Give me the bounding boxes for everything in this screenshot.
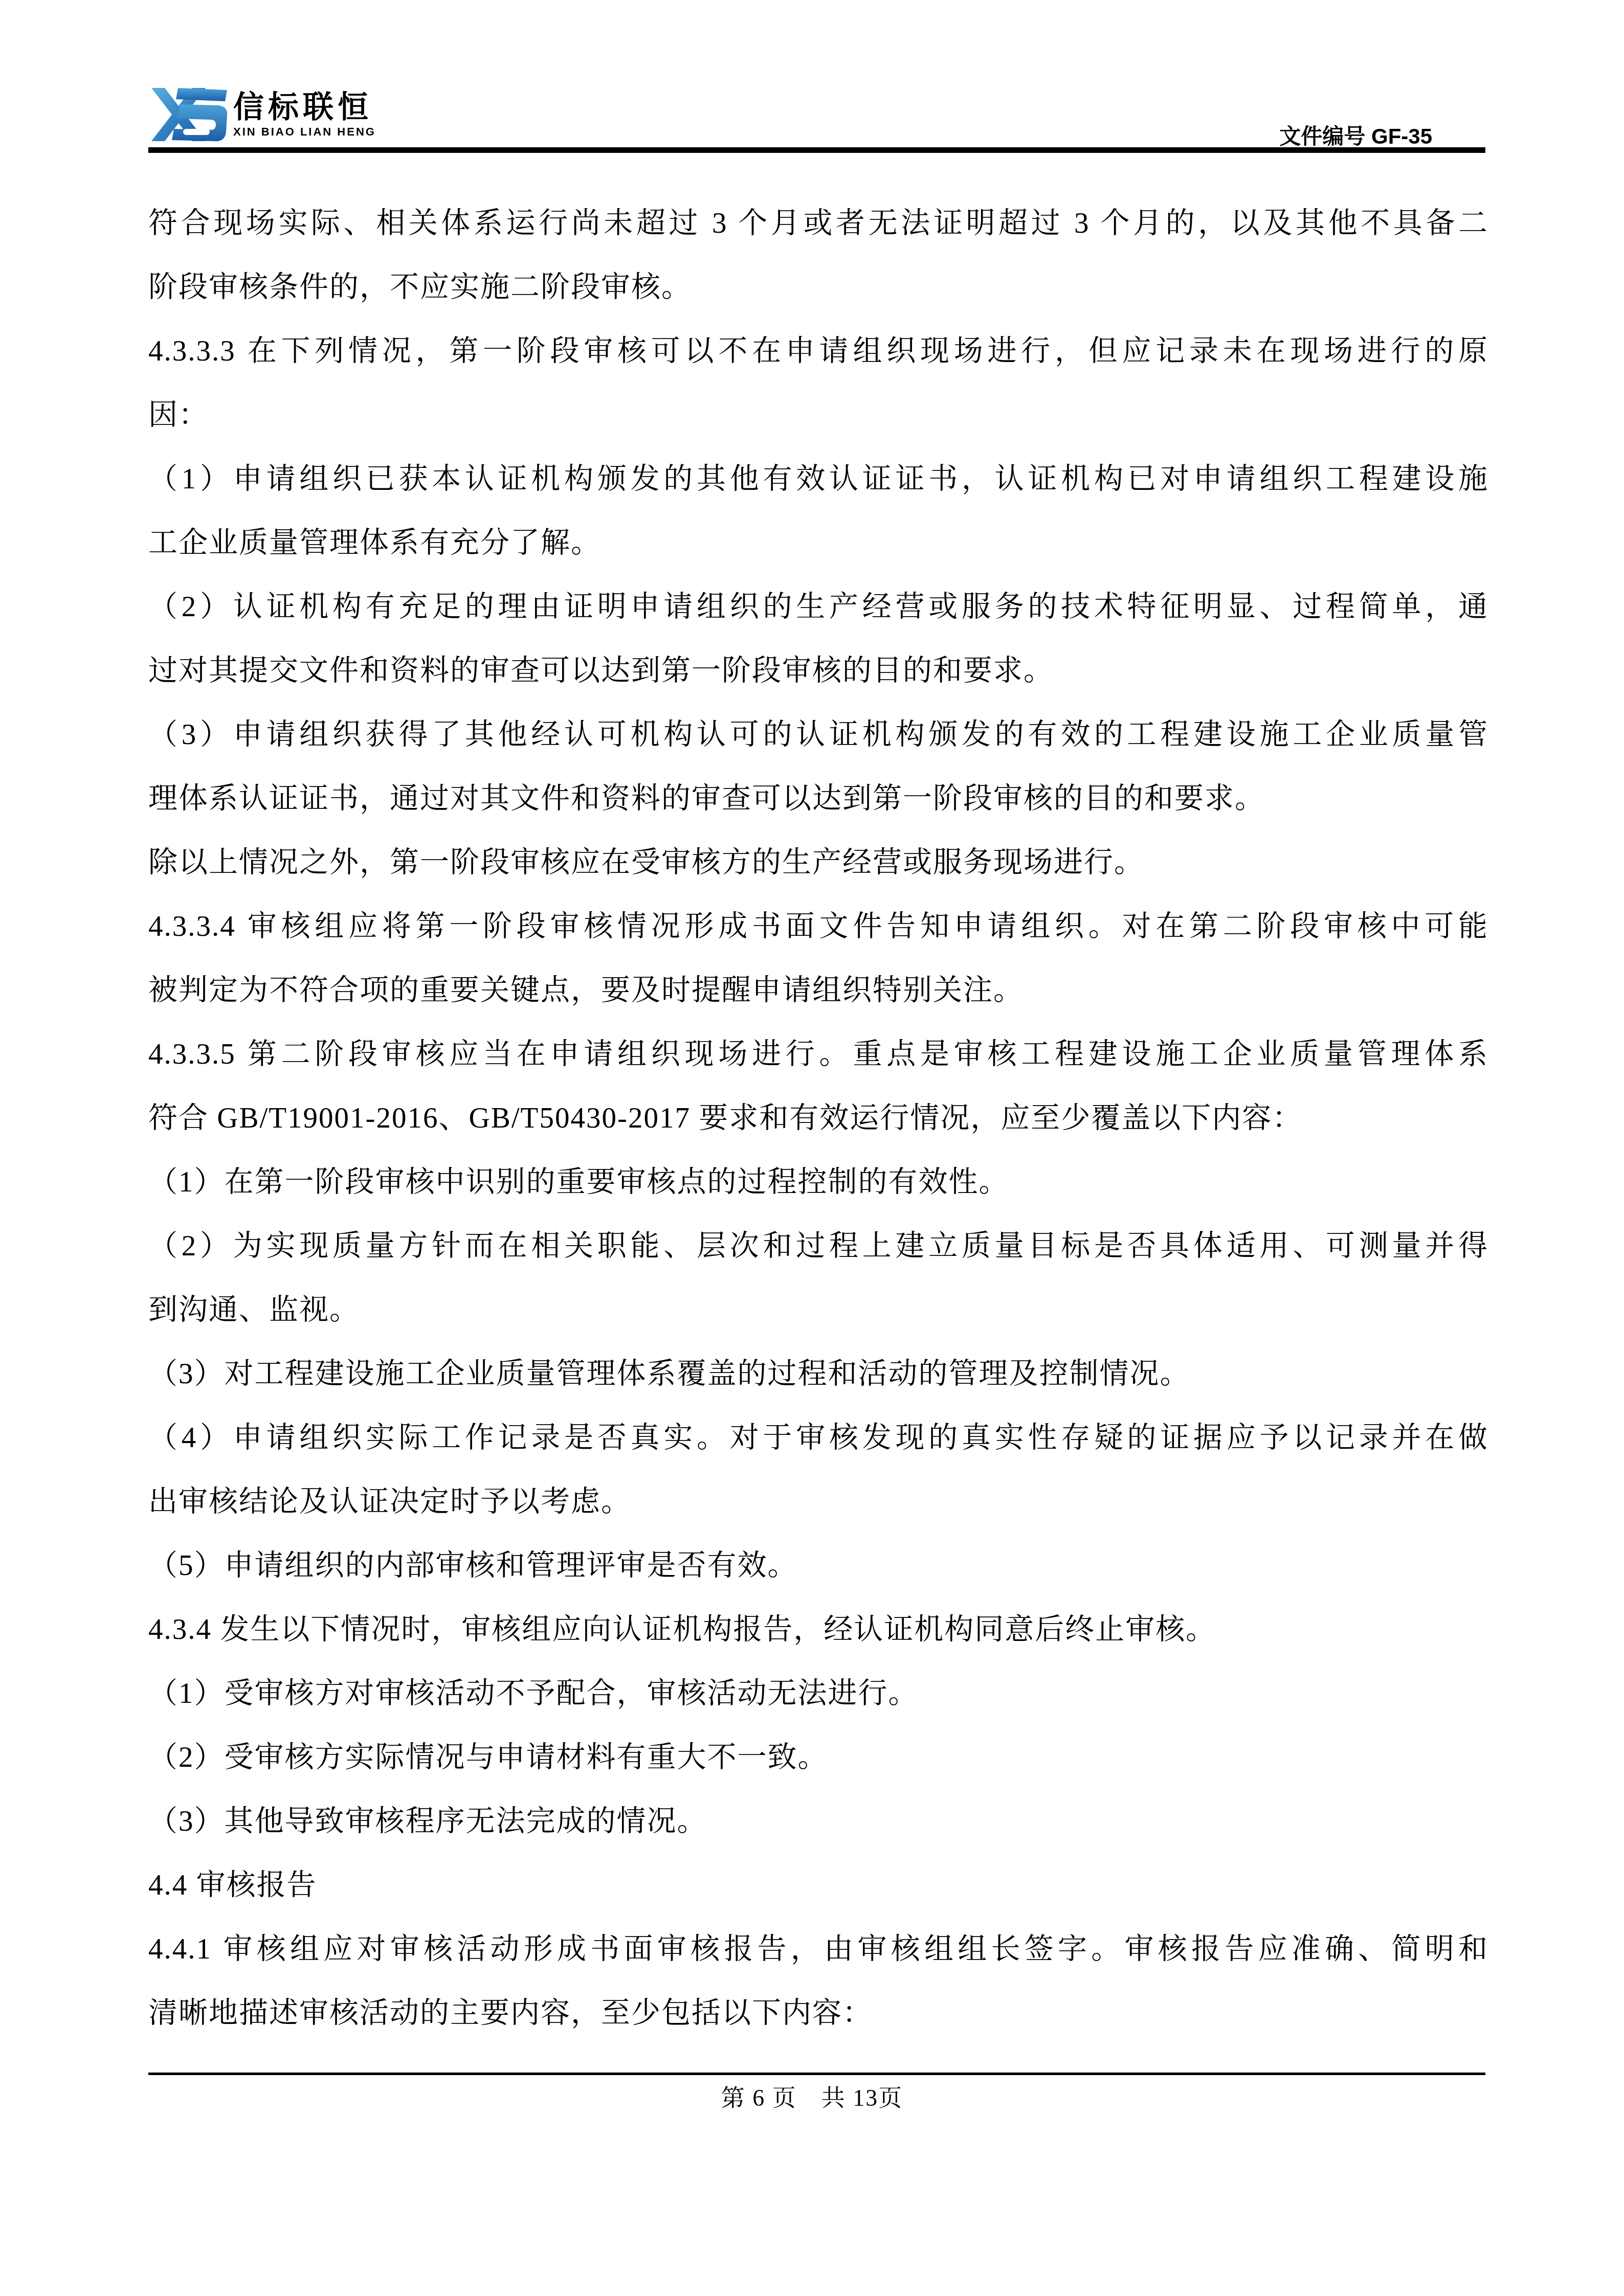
document-number: 文件编号 GF-35 [1279, 120, 1432, 150]
text-line: 到沟通、监视。 [148, 1278, 1488, 1342]
text-line: 4.3.3.5 第二阶段审核应当在申请组织现场进行。重点是审核工程建设施工企业质… [148, 1022, 1488, 1086]
text-line: （3）对工程建设施工企业质量管理体系覆盖的过程和活动的管理及控制情况。 [148, 1342, 1488, 1406]
text-line: （4）申请组织实际工作记录是否真实。对于审核发现的真实性存疑的证据应予以记录并在… [148, 1406, 1488, 1470]
text-line: 符合现场实际、相关体系运行尚未超过 3 个月或者无法证明超过 3 个月的，以及其… [148, 191, 1488, 255]
text-line: 符合 GB/T19001-2016、GB/T50430-2017 要求和有效运行… [148, 1086, 1488, 1150]
xb-monogram-icon [149, 85, 229, 143]
company-logo: 信标联恒 XIN BIAO LIAN HENG [149, 85, 376, 143]
document-page: 信标联恒 XIN BIAO LIAN HENG 文件编号 GF-35 符合现场实… [0, 0, 1624, 2296]
text-line: （1）在第一阶段审核中识别的重要审核点的过程控制的有效性。 [148, 1150, 1488, 1214]
footer-divider [148, 2073, 1485, 2075]
document-body: 符合现场实际、相关体系运行尚未超过 3 个月或者无法证明超过 3 个月的，以及其… [148, 191, 1488, 2045]
text-line: 4.4.1 审核组应对审核活动形成书面审核报告，由审核组组长签字。审核报告应准确… [148, 1917, 1488, 1981]
text-line: （2）为实现质量方针而在相关职能、层次和过程上建立质量目标是否具体适用、可测量并… [148, 1214, 1488, 1278]
page-number: 第 6 页 共 13页 [0, 2079, 1624, 2113]
logo-chinese-name: 信标联恒 [233, 91, 376, 124]
text-line: 出审核结论及认证决定时予以考虑。 [148, 1470, 1488, 1534]
text-line: 4.3.3.3 在下列情况，第一阶段审核可以不在申请组织现场进行，但应记录未在现… [148, 319, 1488, 383]
text-line: 工企业质量管理体系有充分了解。 [148, 511, 1488, 575]
text-line: 阶段审核条件的，不应实施二阶段审核。 [148, 255, 1488, 319]
text-line: （2）受审核方实际情况与申请材料有重大不一致。 [148, 1725, 1488, 1789]
text-line: 4.3.3.4 审核组应将第一阶段审核情况形成书面文件告知申请组织。对在第二阶段… [148, 894, 1488, 958]
text-line: 过对其提交文件和资料的审查可以达到第一阶段审核的目的和要求。 [148, 639, 1488, 703]
text-line: 被判定为不符合项的重要关键点，要及时提醒申请组织特别关注。 [148, 958, 1488, 1022]
text-line: （3）其他导致审核程序无法完成的情况。 [148, 1789, 1488, 1853]
text-line: 因： [148, 383, 1488, 447]
logo-english-name: XIN BIAO LIAN HENG [233, 125, 376, 139]
text-line: （1）受审核方对审核活动不予配合，审核活动无法进行。 [148, 1661, 1488, 1725]
text-line: （5）申请组织的内部审核和管理评审是否有效。 [148, 1534, 1488, 1597]
logo-text-block: 信标联恒 XIN BIAO LIAN HENG [233, 85, 376, 139]
text-line: 4.3.4 发生以下情况时，审核组应向认证机构报告，经认证机构同意后终止审核。 [148, 1597, 1488, 1661]
text-line: 4.4 审核报告 [148, 1853, 1488, 1917]
text-line: 清晰地描述审核活动的主要内容，至少包括以下内容： [148, 1981, 1488, 2045]
header-divider [148, 147, 1485, 153]
text-line: 除以上情况之外，第一阶段审核应在受审核方的生产经营或服务现场进行。 [148, 830, 1488, 894]
text-line: （3）申请组织获得了其他经认可机构认可的认证机构颁发的有效的工程建设施工企业质量… [148, 703, 1488, 767]
text-line: 理体系认证证书，通过对其文件和资料的审查可以达到第一阶段审核的目的和要求。 [148, 767, 1488, 830]
text-line: （1）申请组织已获本认证机构颁发的其他有效认证证书，认证机构已对申请组织工程建设… [148, 447, 1488, 511]
text-line: （2）认证机构有充足的理由证明申请组织的生产经营或服务的技术特征明显、过程简单，… [148, 575, 1488, 639]
